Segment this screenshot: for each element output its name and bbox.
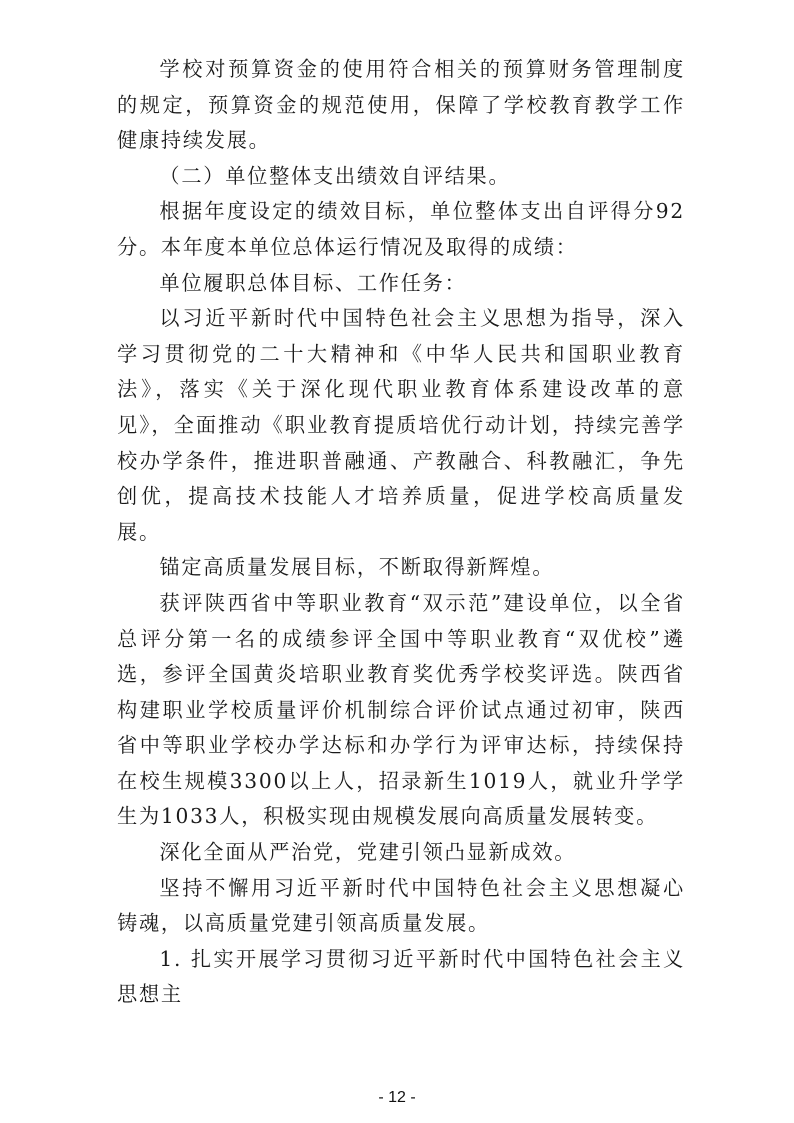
paragraph-high-quality-heading: 锚定高质量发展目标，不断取得新辉煌。	[117, 550, 685, 586]
paragraph-guiding-thought: 以习近平新时代中国特色社会主义思想为指导，深入学习贯彻党的二十大精神和《中华人民…	[117, 301, 685, 550]
section-heading-self-evaluation: （二）单位整体支出绩效自评结果。	[117, 159, 685, 195]
paragraph-budget-compliance: 学校对预算资金的使用符合相关的预算财务管理制度的规定，预算资金的规范使用，保障了…	[117, 52, 685, 159]
paragraph-goals-heading: 单位履职总体目标、工作任务：	[117, 266, 685, 302]
paragraph-list-item-1: 1. 扎实开展学习贯彻习近平新时代中国特色社会主义思想主	[117, 942, 685, 1013]
paragraph-party-building: 坚持不懈用习近平新时代中国特色社会主义思想凝心铸魂，以高质量党建引领高质量发展。	[117, 871, 685, 942]
paragraph-score: 根据年度设定的绩效目标，单位整体支出自评得分92分。本年度本单位总体运行情况及取…	[117, 194, 685, 265]
page-number: - 12 -	[0, 1089, 794, 1107]
paragraph-achievements: 获评陕西省中等职业教育“双示范”建设单位，以全省总评分第一名的成绩参评全国中等职…	[117, 586, 685, 835]
document-body: 学校对预算资金的使用符合相关的预算财务管理制度的规定，预算资金的规范使用，保障了…	[117, 52, 685, 1013]
paragraph-party-building-heading: 深化全面从严治党，党建引领凸显新成效。	[117, 835, 685, 871]
